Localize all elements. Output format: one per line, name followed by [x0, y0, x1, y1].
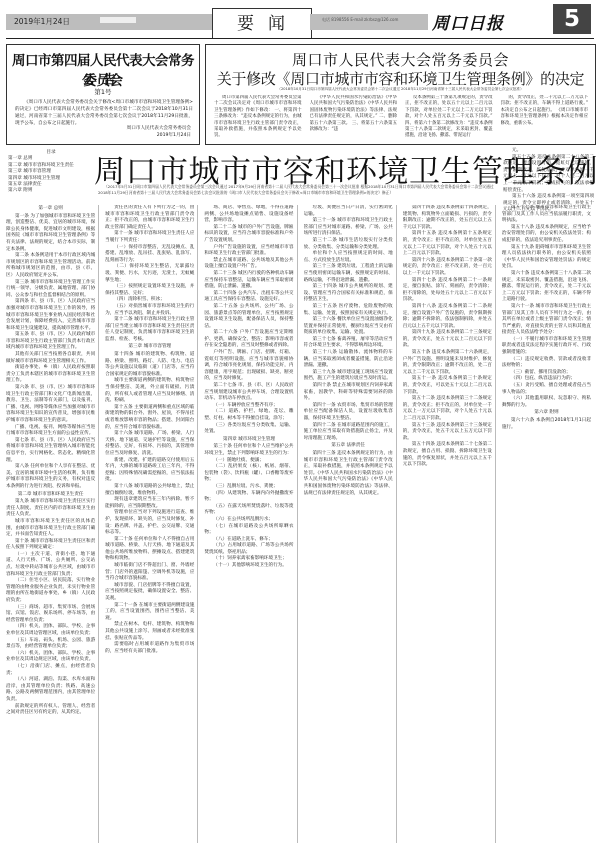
article-paragraph: 第五十一条 违反本条例第三十条规定的，责令改正，可以处五十元以上二百元以下罚款。 — [403, 376, 492, 396]
notice-signature: 周口市人民代表大会常务委员会 2019年1月24日 — [127, 125, 191, 139]
article-paragraph: 城市市容和环境卫生责任区的具体范围，由城市市容和环境卫生行政主管部门确定，并书面… — [6, 519, 95, 539]
article-paragraph: 第十二条 城市市容和环境卫生行政主管部门应当建立城市市容和环境卫生责任区责任人登… — [105, 317, 194, 343]
article-paragraph: 垃圾、粪便应当日产日清，实行密闭化运输。 — [304, 205, 393, 218]
page-number: 5 — [553, 4, 591, 34]
chapter-heading: 第二章 城市市容和环境卫生责任 — [6, 492, 95, 499]
article-paragraph: 第二十三条 城区内行驶的各种机动车辆应当保持车容整洁，运输车辆应当采取密闭措施，… — [204, 271, 293, 291]
article-paragraph: 第六十一条 城市市容和环境卫生行政主管部门及其工作人员有下列行为之一的，由其所在… — [502, 304, 591, 337]
regulation-note: （2017年5月31日周口市第四届人民代表大会常务委员会第三次会议通过 2017… — [98, 184, 500, 196]
article-paragraph: （七）沿街门店、摊点，由经营者负责； — [6, 664, 95, 677]
body-column: 第一章 总则第一条 为了加强城市市容和环境卫生管理，创造整洁、优美、宜居的城市环… — [6, 205, 99, 843]
notice-subtitle: 公告 — [7, 69, 199, 88]
chapter-heading: 第六章 附则 — [502, 410, 591, 417]
decision-column: 的，责令改正，处二千元以上二万元以下罚款；拒不改正的，车辆不得上道路行驶。” 本… — [501, 95, 589, 141]
article-paragraph: （九）占用城市道路、广场等公共场所焚烧冥纸、祭祀用品； — [204, 543, 293, 556]
chapter-heading: 第四章 城市环境卫生管理 — [204, 437, 293, 444]
notice-number: 第1号 — [7, 87, 199, 96]
article-paragraph: 第四十三条 违反本条例规定的行为，由城市市容和环境卫生行政主管部门责令改正，采取… — [304, 451, 393, 497]
article-paragraph: 第十六条 城市道路、广场、桥梁、人行天桥、地下通道、交通护栏等设施，应当保持整洁… — [105, 431, 194, 457]
header-rule — [6, 38, 594, 39]
notice-body: 《周口市人民代表大会常务委员会关于修改<周口市城市市容和环境卫生管理条例>的决定… — [15, 99, 193, 127]
article-paragraph: 第十条 城市市容和环境卫生责任区和责任人按照下列规定确定： — [6, 539, 95, 552]
article-paragraph: 第四十四条 违反本条例第十四条规定，建筑物、构筑物外立面破损、污损的，责令限期改… — [403, 205, 492, 231]
article-paragraph: 第三十六条 餐饮单位应当设置油烟净化装置并保持正常使用，餐厨垃圾应当交由有资质的… — [304, 317, 393, 337]
article-paragraph: 第三十五条 医疗废物、危险废物的收集、运输、处置，按照国家有关规定执行。 — [304, 304, 393, 317]
article-paragraph: 第六十六条 本条例自2018年1月1日起施行。 — [502, 418, 591, 431]
decision-column: 《中华人民共和国水污染防治法》《中华人民共和国大气污染防治法》《中华人民共和国固… — [310, 95, 398, 141]
article-paragraph: 第五十条 违反本条例第二十六条规定，户外广告设施、照明设施未及时维护、修复的，责… — [403, 350, 492, 376]
article-paragraph: 单位和个人应当按照规定的时间、地点、方式投放生活垃圾。 — [304, 251, 393, 264]
article-paragraph: 第三十条 任何单位和个人应当维护公共环境卫生，禁止下列影响环境卫生的行为： — [204, 444, 293, 457]
article-paragraph: 新建、改建、扩建的道路交付使用后五年内，大修的城市道路竣工后三年内，不得挖掘；因… — [105, 458, 194, 484]
article-paragraph: 第五十八条 违反本条例规定，应当给予治安管理处罚的，由公安机关依法处罚；构成犯罪… — [502, 225, 591, 245]
article-paragraph: （三）乱倒垃圾、污水、粪便； — [204, 484, 293, 491]
article-paragraph: 城市临街门店不得超出门、窗、外墙经营；门店外的遮阳篷、空调外机等设施，应当符合城… — [105, 563, 194, 583]
body-column: 责任区的责任人有下列行为之一的，由城市市容和环境卫生行政主管部门责令改正；拒不改… — [105, 205, 198, 843]
article-paragraph: 第五十三条 违反本条例第三十三条规定的，责令改正，处五千元以上五万元以下罚款。 — [403, 423, 492, 443]
article-paragraph: 第三十七条 畜禽养殖、屠宰等活动应当符合环境卫生要求，不得影响周边环境。 — [304, 337, 393, 350]
body-column: 第五十七条 城市市容和环境卫生行政主管部门及其工作人员应当依法履行职责，文明执法… — [502, 205, 594, 843]
regulation-body-columns: 第一章 总则第一条 为了加强城市市容和环境卫生管理，创造整洁、优美、宜居的城市环… — [6, 205, 594, 843]
article-paragraph: 第五十七条 城市市容和环境卫生行政主管部门及其工作人员应当依法履行职责，文明执法… — [502, 205, 591, 225]
decision-column: 周口市第四届人民代表大会常务委员会第十二次会议决定对《周口市城市市容和环境卫生管… — [214, 95, 302, 141]
article-paragraph: 第九条 城市市容和环境卫生责任区实行责任人制度。责任区内的市容和环境卫生由责任人… — [6, 499, 95, 519]
article-paragraph: （六）在公共场所乱倒污水； — [204, 517, 293, 524]
article-paragraph: （五）对损害城市市容和环境卫生的行为，应当予以劝阻、制止并投诉。 — [105, 304, 194, 317]
article-paragraph: 第四十八条 违反本条例第二十二条规定，擅自设置户外广告设施的，责令限期拆除；逾期… — [403, 304, 492, 330]
article-paragraph: 第二十一条 在城市主要街道两侧建设施工的，应当设置围挡，围挡应当整洁、美观。 — [105, 603, 194, 623]
article-paragraph: 第三十一条 城市市容和环境卫生行政主管部门应当对城市道路、桥梁、广场、公共场所进… — [304, 218, 393, 238]
article-paragraph: 需要临时占用城市道路作为集贸市场的，应当经有关部门批准。 — [105, 642, 194, 655]
article-paragraph: 第二十六条 户外广告设施应当定期维护、更新，确保安全、整洁；影响市容或者存在安全… — [204, 330, 293, 350]
newspaper-name: 周口日报 — [432, 9, 504, 34]
article-paragraph: 第五条 市、县（市、区）人民政府城市市容和环境卫生行政主管部门负责本行政区域内城… — [6, 332, 95, 352]
editor-strip — [100, 17, 136, 23]
article-paragraph: （十一）其他影响环境卫生的行为。 — [204, 563, 293, 570]
article-paragraph: 第二十七条 市、县（市、区）人民政府应当规划建设城市公共停车场，合理设置机动车、… — [204, 383, 293, 403]
section-label: 要闻 — [212, 8, 312, 39]
article-paragraph: 第二十四条 公共汽车、出租车等公共交通工具应当保持车容整洁、设施完好。 — [204, 291, 293, 304]
article-paragraph: （一）保持市容整洁，无乱设摊点、乱搭建、乱堆放、乱吊挂、乱张贴、乱涂写、乱刻画等… — [105, 245, 194, 265]
article-paragraph: 第四十一条 农贸市场、集贸市场的管理单位应当配备保洁人员，设置垃圾收集容器，保持… — [304, 403, 393, 423]
contact-info: 电话 8198556 E-mail zkrbsz@126.com — [322, 17, 398, 23]
article-paragraph: 第四十条 禁止在城市规划区内饲养家禽家畜，因教学、科研等特殊需要饲养的除外。 — [304, 383, 393, 403]
article-paragraph: （三）按照规定设置环境卫生设施，并保持其整洁、完好； — [105, 284, 194, 297]
article-paragraph: 第五十四条 违反本条例第二十七条第二款规定，擅自占用、损毁、拆除环境卫生设施的，… — [403, 442, 492, 468]
article-paragraph: 第十一条 城市市容和环境卫生责任人应当履行下列责任： — [105, 231, 194, 244]
article-paragraph: 责任区的责任人有下列行为之一的，由城市市容和环境卫生行政主管部门责令改正；拒不改… — [105, 205, 194, 231]
article-paragraph: 第五十九条 阻碍城市市容和环境卫生管理人员依法执行职务的，由公安机关依照《中华人… — [502, 245, 591, 271]
article-paragraph: （一）不履行城市市容和环境卫生管理职责或者违反法定程序实施行政许可、行政强制措施… — [502, 337, 591, 357]
article-paragraph: 第六十条 违反本条例第三十八条第二款规定，未采取密封、覆盖措施，沿途飞扬、撒落、… — [502, 271, 591, 304]
article-paragraph: （三）各类垃圾应当分类收集、运输、处置。 — [204, 423, 293, 436]
article-paragraph: （五）贪污受贿、擅自处理或者侵占当事人物品的； — [502, 383, 591, 396]
article-paragraph: 第二条 本条例适用于本市行政区域内城市规划区的市容和环境卫生管理活动。前款所称城… — [6, 253, 95, 279]
article-paragraph: 城市主要街道两侧的建筑物、构筑物应当保持整洁、美观，外立面有破损、污渍的，所有权… — [105, 378, 194, 404]
article-paragraph: 第四条 市、县（市、区）人民政府应当加强对城市市容和环境卫生工作的领导，将城市市… — [6, 299, 95, 332]
article-paragraph: （二）乱扔果皮（核）、纸屑、烟蒂、包装物（袋）、饮料瓶（罐）、口香糖等废弃物； — [204, 464, 293, 484]
article-paragraph: 第四十五条 违反本条例第十五条规定的，责令改正；拒不改正的，对单位处五百元以上二… — [403, 231, 492, 257]
article-paragraph: 街道办事处、乡（镇）人民政府按照职责分工负责本辖区的城市市容和环境卫生管理工作。 — [6, 365, 95, 385]
article-paragraph: （三）商场、超市、集贸市场、会展场馆、宾馆、饭店、娱乐场所、停车场等，由经营管理… — [6, 605, 95, 625]
article-paragraph: 第四十六条 违反本条例第二十条第一款规定的，责令改正；拒不改正的，处一百元以上一… — [403, 258, 492, 278]
chapter-heading: 第五章 法律责任 — [304, 443, 393, 450]
article-paragraph: 第三条 城市市容和环境卫生管理工作实行统一领导、分级负责、属地管理、部门协同、公… — [6, 280, 95, 300]
article-paragraph: 第七条 市、县（市、区）人民政府应当将城市市容和环境卫生管理纳入城市智能化信息平… — [6, 438, 95, 464]
article-paragraph: 户外广告设施的设置，应当经城市市容和环境卫生行政主管部门批准。 — [204, 245, 293, 258]
article-paragraph: 第四十九条 违反本条例第二十三条规定的，责令改正，处五十元以上二百元以下罚款。 — [403, 330, 492, 350]
article-paragraph: 第三十四条 城市公共厕所的规划、建设、管理应当符合国家有关标准和规范，保持整洁卫… — [304, 284, 393, 304]
article-paragraph: 城市容貌、门店招牌等不得擅自设置，应当按照规定报批，确保设置安全、整洁、美观。 — [105, 583, 194, 603]
decision-column: 反本条例第三十条第九项规定的，责令改正，拒不改正的，处以五十元以上二百元以下罚款… — [405, 95, 493, 141]
decision-title-line1: 周口市人民代表大会常务委员会 — [206, 49, 595, 70]
article-paragraph: 第四十二条 在城市道路范围内的施工，施工单位应当采取有效措施防止扬尘，并及时清理… — [304, 423, 393, 443]
table-of-contents: 目录 第一章 总则 第二章 城市市容和环境卫生责任 第三章 城市市容管理 第四章… — [8, 150, 94, 195]
article-paragraph: 其他有关部门应当按照各自职责，共同做好城市市容和环境卫生管理相关工作。 — [6, 352, 95, 365]
article-paragraph: 第四十七条 违反本条例第二十一条规定，擅自张贴、涂写、刻画的，责令清除；拒不清除… — [403, 278, 492, 304]
article-paragraph: 禁止在城市道路、公共场地及其他公共设施上擅自设置户外广告。 — [204, 258, 293, 271]
article-paragraph: （二）道路、护栏、绿地、花坛、雕塑、灯柱、树木等不得擅自挂设、涂写； — [204, 409, 293, 422]
article-paragraph: 第二十条 任何单位和个人不得擅自占用城市道路、桥梁、人行天桥、地下通道及其他公共… — [105, 537, 194, 563]
issue-date: 2019年1月24日 — [14, 16, 70, 27]
article-paragraph: （五）车站、码头、机场、公园、旅游景点等，由经营管理单位负责； — [6, 638, 95, 651]
article-paragraph: 第十八条 城市道路的公共绿地上，禁止擅自倾倒垃圾、堆放物料。 — [105, 484, 194, 497]
article-paragraph: 第二十二条 城市的户外广告设施、牌匾标识的设置，应当符合城市容貌标准和户外广告设… — [204, 225, 293, 245]
decision-article: 周口市人民代表大会常务委员会 关于修改《周口市城市市容和环境卫生管理条例》的决定… — [205, 44, 596, 145]
article-paragraph: 第三十九条 城市建设施工现场应当设置围挡，施工产生的建筑垃圾应当及时清运。 — [304, 370, 393, 383]
article-paragraph: 第二十五条 公共场所、公共广场、公园、旅游景点等的管理单位，应当按照规定设置环境… — [204, 304, 293, 330]
article-paragraph: 第五十二条 违反本条例第三十二条规定的，责令改正；拒不改正的，对单位处一千元以上… — [403, 396, 492, 422]
body-column: 第四十四条 违反本条例第十四条规定，建筑物、构筑物外立面破损、污损的，责令限期改… — [403, 205, 496, 843]
body-column: 场、商店、零售点、绿地，不得在道路两侧、公共场地设摊点销售、设施设备经营，影响市… — [204, 205, 297, 843]
article-paragraph: 第十四条 城市的建筑物、构筑物、道路、桥梁、照明、路灯、人防、电力、电信等公共设… — [105, 352, 194, 378]
article-paragraph: （七）在城市道路及公共场所晾晒衣物； — [204, 524, 293, 537]
article-paragraph: （六）机关、团体、部队、学校、企事业单位及其周边规定区域，由该单位负责。 — [6, 651, 95, 664]
article-paragraph: 前款规定的所有权人、管理人、经营者之间对责任区另有约定的，从其约定。 — [6, 704, 95, 717]
article-paragraph: 第一条 为了加强城市市容和环境卫生管理，创造整洁、优美、宜居的城市环境，保障公民… — [6, 214, 95, 254]
article-paragraph: 第八条 任何单位和个人享有在整洁、优美、宜居的城市环境中生活的权利，负有维护城市… — [6, 464, 95, 490]
article-paragraph: （一）主次干道、背街小巷、地下通道、人行天桥、广场、公共厕所、公交站点、垃圾中转… — [6, 552, 95, 578]
chapter-heading: 第三章 城市市容管理 — [105, 344, 194, 351]
article-paragraph: 户外广告、牌匾、门店、招牌、灯箱、霓虹灯等照明设施，应当与城市容貌相协调，符合城… — [204, 350, 293, 383]
article-paragraph: 第六条 市、县（市、区）城市市容和环境卫生行政主管部门和文化广电新闻出版、教育、… — [6, 385, 95, 425]
chapter-heading: 第一章 总则 — [6, 206, 95, 213]
article-paragraph: （二）住宅小区、居民院落，实行物业管理的由物业服务企业负责，未实行物业管理的由所… — [6, 578, 95, 604]
article-paragraph: （二）违反规定收费、罚款或者没收非法财物的； — [502, 357, 591, 370]
article-paragraph: （四）从建筑物、车辆内向外抛撒废弃物； — [204, 491, 293, 504]
article-paragraph: （四）机关、团体、部队、学校、企事业单位及其周边管理区域，由该单位负责； — [6, 624, 95, 637]
article-paragraph: 广播、电视、报刊、网络等媒体应当进行城市市容和环境卫生方面的公益性宣传。 — [6, 425, 95, 438]
body-column: 垃圾、粪便应当日产日清，实行密闭化运输。第三十一条 城市市容和环境卫生行政主管部… — [304, 205, 397, 843]
article-paragraph: 第三十二条 城市生活垃圾实行分类投放、分类收集、分类运输和分类处理。 — [304, 238, 393, 251]
article-paragraph: （六）其他滥用职权、玩忽职守、徇私舞弊的行为。 — [502, 396, 591, 409]
page-header: 2019年1月24日 要闻 电话 8198556 E-mail zkrbsz@1… — [0, 0, 600, 40]
article-paragraph: 管理单位应当对下列设施进行巡查、维护，发现损坏、缺失的，应当及时修复、补设：路名… — [105, 510, 194, 536]
article-paragraph: 第三十三条 建筑垃圾、工程渣土的运输应当使用密闭运输车辆，按照规定的时间、路线运… — [304, 264, 393, 284]
article-paragraph: 场、商店、零售点、绿地，不得在道路两侧、公共场地设摊点销售、设施设备经营，影响市… — [204, 205, 293, 225]
article-paragraph: （五）在露天场所焚烧落叶、垃圾等废弃物； — [204, 504, 293, 517]
article-paragraph: （八）河道、湖泊、沟渠、水库水面和沿岸，由其管理单位负责；铁路、高速公路、公路及… — [6, 677, 95, 703]
article-paragraph: 第三十八条 运输散体、流体物料的车辆，应当采取密闭或者覆盖措施，防止沿途泄漏、遗… — [304, 350, 393, 370]
article-paragraph: （四）清除积雪、积冰； — [105, 297, 194, 304]
decision-columns: 周口市第四届人民代表大会常务委员会第十二次会议决定对《周口市城市市容和环境卫生管… — [214, 95, 588, 141]
article-paragraph: （二）保持环境卫生整洁，无暴露垃圾、粪便、污水，无污迹，无渣土，无蚊蝇孳生地； — [105, 264, 194, 284]
decision-note: （2018年10月31日周口市第四届人民代表大会常务委员会第十二次会议通过 20… — [206, 87, 595, 92]
article-paragraph: 禁止在树木、电杆、建筑物、构筑物和其他公共设施上涂写、刻画或者未经批准张挂、张贴… — [105, 622, 194, 642]
decision-title-line2: 关于修改《周口市城市市容和环境卫生管理条例》的决定 — [206, 68, 595, 89]
article-paragraph: 第十五条 主要街道两侧和重点区域的临街建筑物的阳台外、窗外、屋顶，不得吊挂或者堆… — [105, 405, 194, 431]
notice-announcement: 周口市第四届人民代表大会常务委员会 公告 第1号 《周口市人民代表大会常务委员会… — [6, 44, 200, 145]
article-paragraph: 现有违章建筑应当在三年内拆除。暂不能拆除的，应当限期整改。 — [105, 497, 194, 510]
toc-item: 第六章 附则 — [8, 188, 94, 194]
